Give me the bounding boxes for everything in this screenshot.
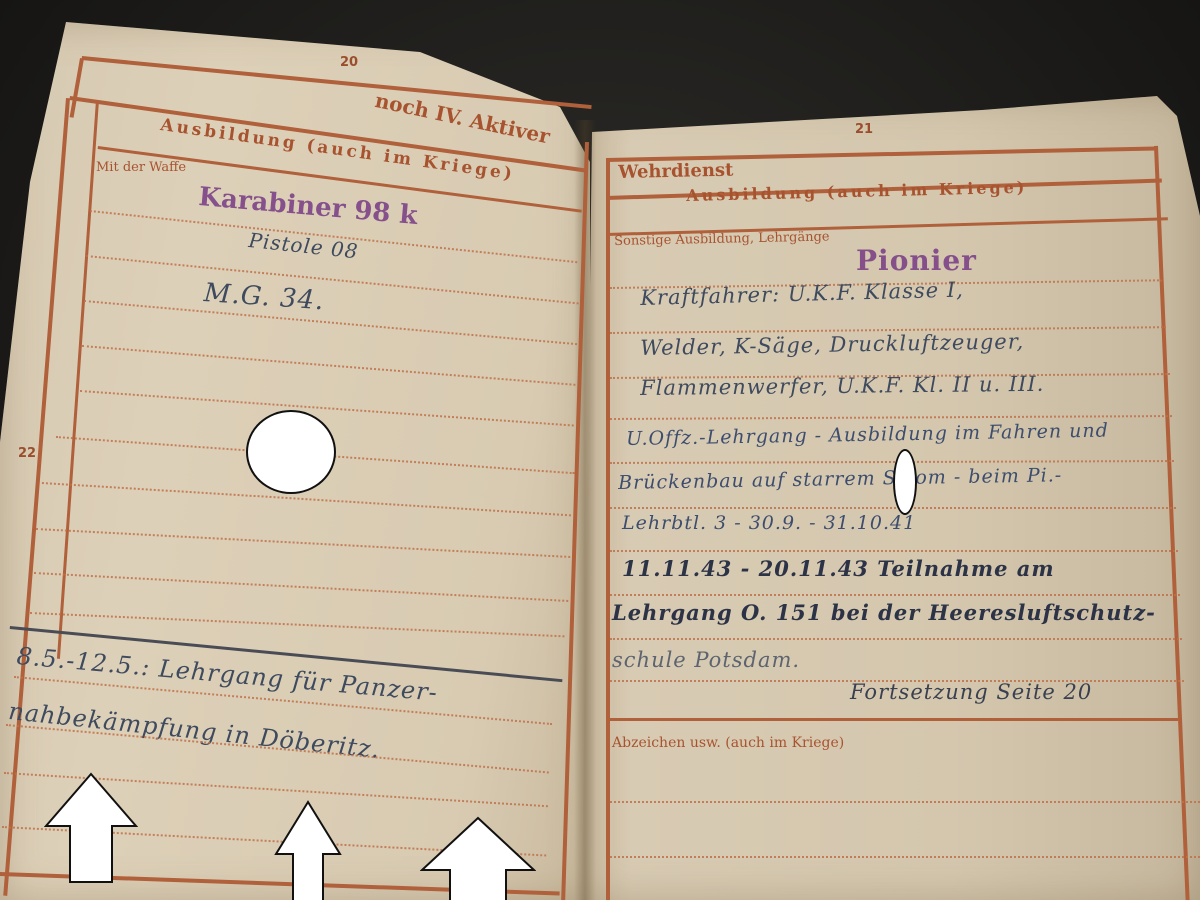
- right-dotted-line: [610, 594, 1180, 596]
- up-arrow-icon: [274, 800, 342, 900]
- right-dotted-line: [610, 856, 1200, 858]
- right-hand-line-7: 11.11.43 - 20.11.43 Teilnahme am: [622, 556, 1055, 581]
- white-ellipse-marker: [893, 449, 917, 515]
- right-frame-left: [606, 158, 610, 900]
- side-page-number-22: 22: [18, 446, 36, 461]
- right-dotted-line: [610, 801, 1200, 803]
- right-section-header: Wehrdienst: [618, 160, 734, 183]
- up-arrow-icon: [420, 816, 536, 900]
- right-hand-line-9: schule Potsdam.: [612, 648, 800, 672]
- right-dotted-line: [610, 638, 1182, 640]
- right-hand-line-6: Lehrbtl. 3 - 30.9. - 31.10.41: [622, 512, 916, 534]
- white-circle-marker: [246, 410, 336, 494]
- right-page: [582, 96, 1200, 900]
- right-section2-divider: [606, 718, 1178, 721]
- right-section2-label: Abzeichen usw. (auch im Kriege): [612, 735, 844, 751]
- right-stamp-pionier: Pionier: [856, 244, 977, 277]
- right-hand-line-3: Flammenwerfer, U.K.F. Kl. II u. III.: [640, 372, 1044, 400]
- left-field-label: Mit der Waffe: [96, 160, 186, 175]
- right-hand-line-10: Fortsetzung Seite 20: [850, 680, 1092, 704]
- right-dotted-line: [610, 550, 1178, 552]
- right-hand-line-8: Lehrgang O. 151 bei der Heeresluftschutz…: [612, 600, 1156, 625]
- page-number-20: 20: [340, 55, 358, 70]
- page-number-21: 21: [855, 122, 873, 137]
- up-arrow-icon: [44, 772, 138, 884]
- right-dotted-line: [610, 507, 1176, 509]
